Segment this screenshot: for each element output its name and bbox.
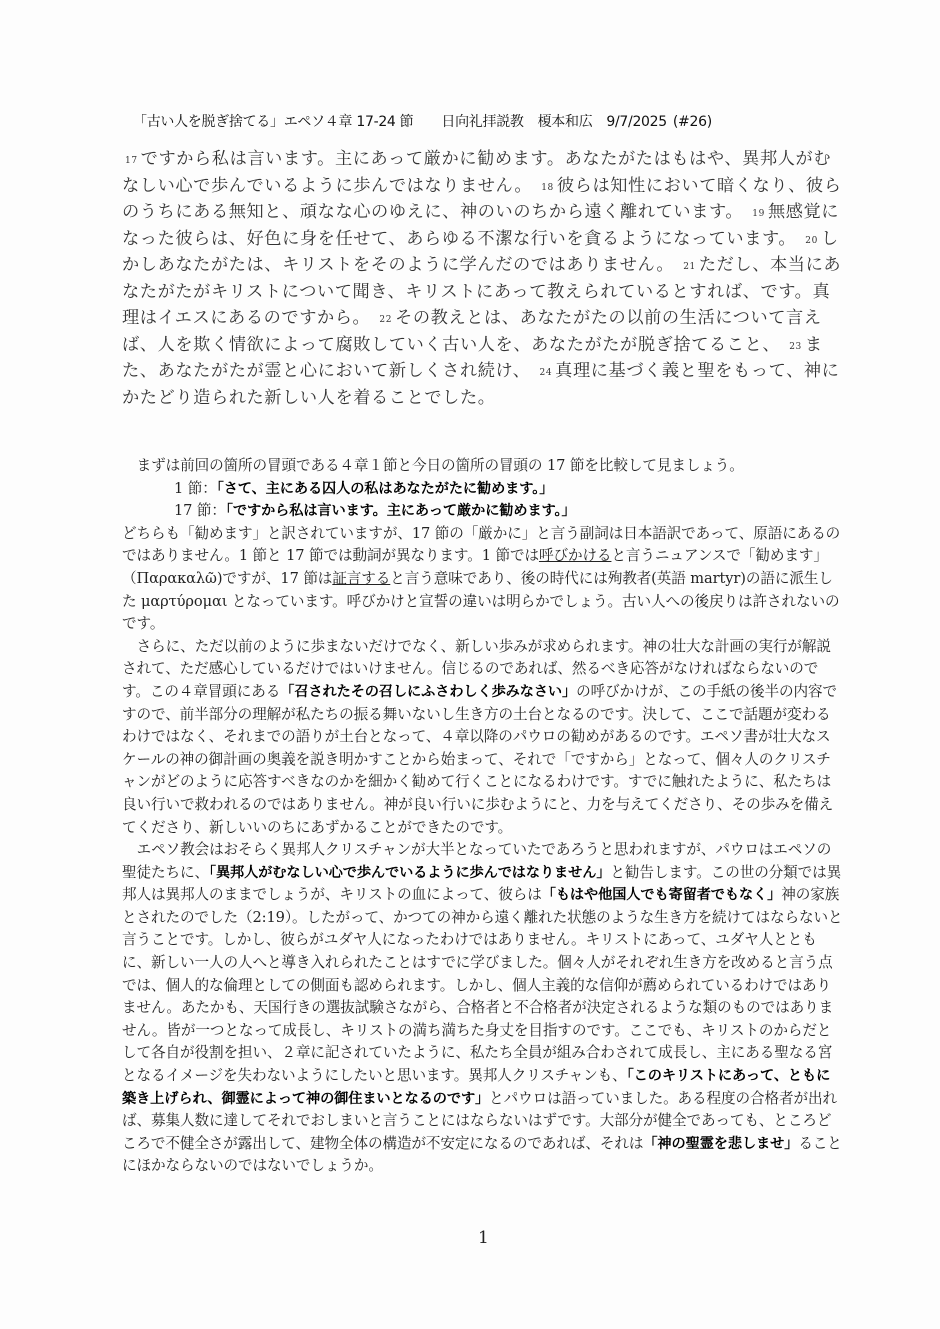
bold-quote: 「神の聖霊を悲しませ」 [643, 1136, 798, 1152]
sermon-number: (#26) [673, 114, 712, 130]
quote-verse-1: 1 節：「さて、主にある囚人の私はあなたがたに勧めます。」 [122, 478, 844, 501]
bold-quote: 「召されたその召しにふさわしく歩みなさい」 [280, 684, 576, 700]
page-number: 1 [478, 1228, 489, 1248]
verse-number: 21 [683, 262, 696, 272]
author: 榎本和広 [538, 114, 593, 130]
intro-paragraph: まずは前回の箇所の冒頭である４章１節と今日の箇所の冒頭の 17 節を比較して見ま… [122, 455, 844, 478]
sermon-body: まずは前回の箇所の冒頭である４章１節と今日の箇所の冒頭の 17 節を比較して見ま… [122, 455, 844, 1178]
scripture-passage: 17ですから私は言います。主にあって厳かに勧めます。あなたがたはもはや、異邦人が… [122, 146, 842, 411]
text: の呼びかけが、この手紙の後半の内容ですので、前半部分の理解が私たちの振る舞いない… [122, 683, 837, 836]
underlined-text: 証言する [332, 570, 390, 587]
underlined-text: 呼びかける [539, 547, 611, 564]
verse-number: 24 [540, 368, 553, 378]
date: 9/7/2025 [606, 114, 666, 130]
verse-number: 22 [379, 315, 392, 325]
document-header: 「古い人を脱ぎ捨てる」エペソ４章 17-24 節日向礼拝説教榎本和広9/7/20… [133, 111, 740, 131]
sermon-title: 「古い人を脱ぎ捨てる」エペソ４章 17-24 節 [133, 114, 413, 130]
verse-number: 17 [125, 156, 138, 166]
bold-quote: 「もはや他国人でも寄留者でもなく」 [542, 887, 782, 903]
verse-number: 23 [789, 342, 802, 352]
quote-verse-17: 17 節：「ですから私は言います。主にあって厳かに勧めます。」 [122, 500, 844, 523]
paragraph-2: さらに、ただ以前のように歩まないだけでなく、新しい歩みが求められます。神の壮大な… [122, 636, 844, 839]
quote-text: 「さて、主にある囚人の私はあなたがたに勧めます。」 [217, 481, 554, 497]
text: 神の家族とされたのでした（2:19）。したがって、かつての神から遠く離れた状態の… [122, 886, 843, 1084]
quote-text: 「ですから私は言います。主にあって厳かに勧めます。」 [226, 503, 576, 519]
verse-number: 20 [805, 236, 818, 246]
verse-number: 19 [752, 209, 765, 219]
quote-label: 1 節： [174, 480, 217, 497]
paragraph-1: どちらも「勧めます」と訳されていますが、17 節の「厳かに」と言う副詞は日本語訳… [122, 523, 844, 636]
church-name: 日向礼拝説教 [441, 114, 523, 130]
bold-quote: 「異邦人がむなしい心で歩んでいるように歩んではなりません」 [209, 865, 610, 881]
verse-number: 18 [541, 183, 554, 193]
quote-label: 17 節： [174, 502, 226, 519]
paragraph-3: エペソ教会はおそらく異邦人クリスチャンが大半となっていたであろうと思われますが、… [122, 839, 844, 1178]
